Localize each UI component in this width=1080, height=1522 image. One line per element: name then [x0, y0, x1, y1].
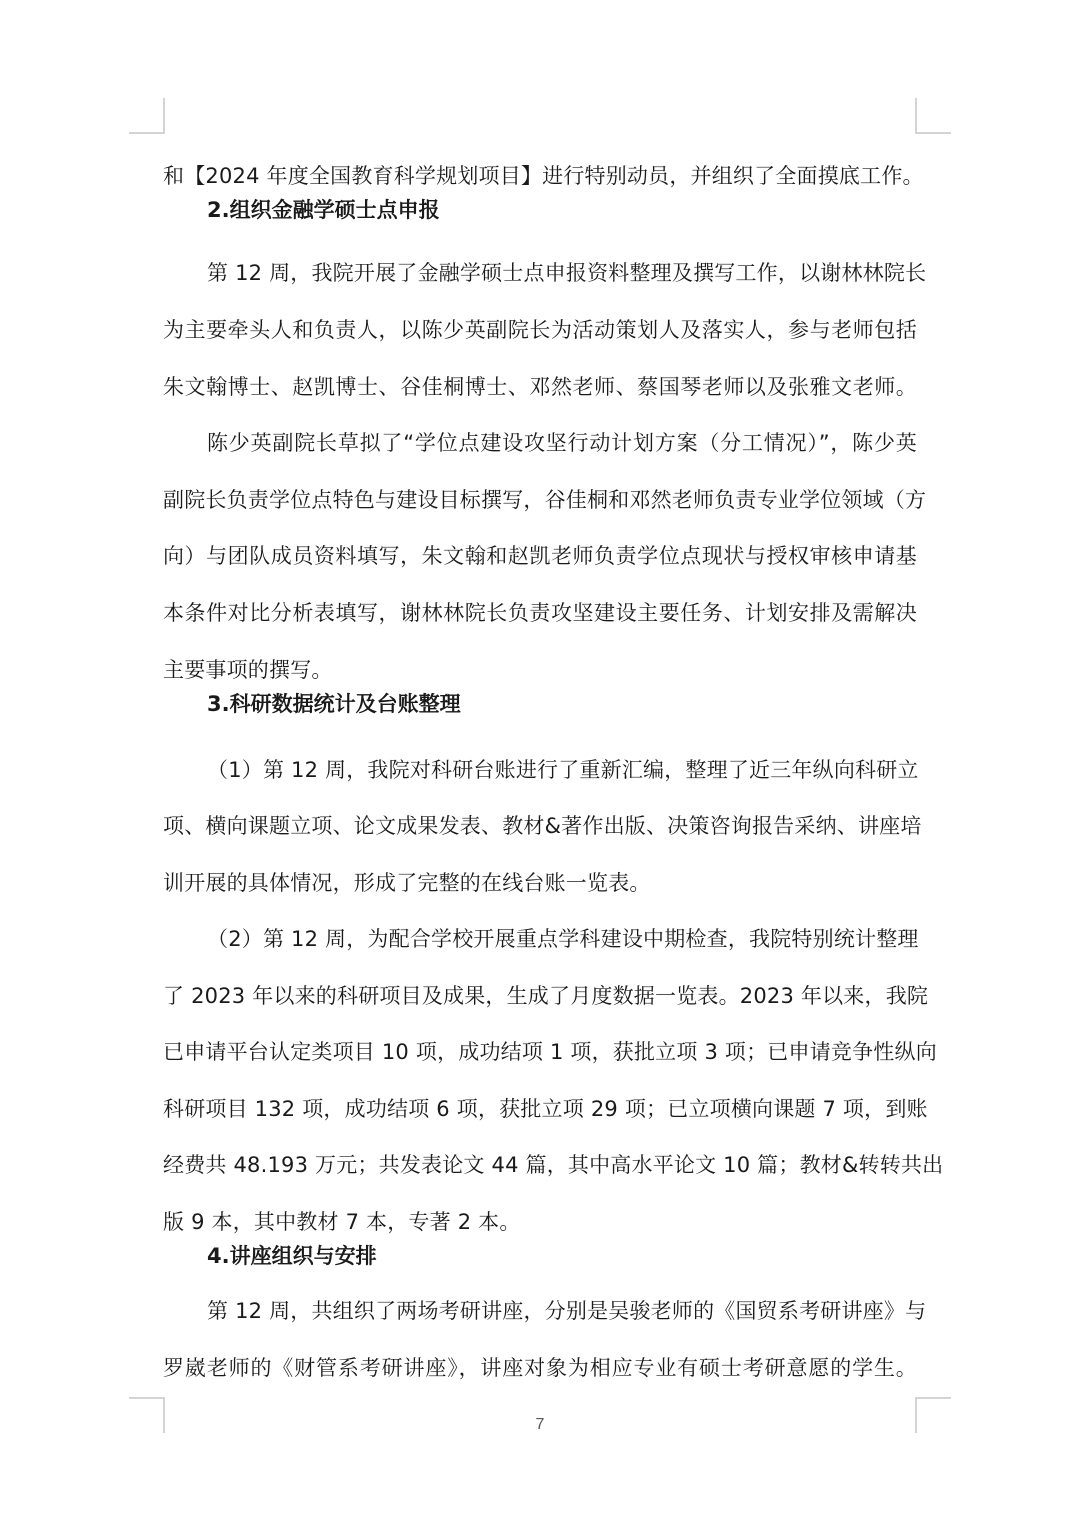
paragraph-line: 陈少英副院长草拟了“学位点建设攻坚行动计划方案（分工情况）”，陈少英 — [207, 428, 917, 458]
paragraph-line: 科研项目 132 项，成功结项 6 项，获批立项 29 项；已立项横向课题 7 … — [163, 1094, 917, 1124]
paragraph-line: 罗崴老师的《财管系考研讲座》，讲座对象为相应专业有硕士考研意愿的学生。 — [163, 1353, 917, 1383]
paragraph-line: 为主要牵头人和负责人，以陈少英副院长为活动策划人及落实人，参与老师包括 — [163, 315, 917, 345]
paragraph-line: 朱文翰博士、赵凯博士、谷佳桐博士、邓然老师、蔡国琴老师以及张雅文老师。 — [163, 372, 917, 402]
section-heading-4: 4.讲座组织与安排 — [207, 1241, 377, 1271]
paragraph-line: 了 2023 年以来的科研项目及成果，生成了月度数据一览表。2023 年以来，我… — [163, 981, 917, 1011]
paragraph-line: 经费共 48.193 万元；共发表论文 44 篇，其中高水平论文 10 篇；教材… — [163, 1150, 917, 1180]
paragraph-line: 主要事项的撰写。 — [163, 655, 917, 685]
paragraph-line: （1）第 12 周，我院对科研台账进行了重新汇编，整理了近三年纵向科研立 — [207, 755, 917, 785]
margin-corner-top-left — [129, 98, 165, 134]
section-heading-3: 3.科研数据统计及台账整理 — [207, 689, 461, 719]
paragraph-line: 向）与团队成员资料填写，朱文翰和赵凯老师负责学位点现状与授权审核申请基 — [163, 541, 917, 571]
page-number: 7 — [0, 1416, 1080, 1434]
paragraph-line: 本条件对比分析表填写，谢林林院长负责攻坚建设主要任务、计划安排及需解决 — [163, 598, 917, 628]
paragraph-line: 第 12 周，共组织了两场考研讲座，分别是吴骏老师的《国贸系考研讲座》与 — [207, 1296, 917, 1326]
paragraph-line: 已申请平台认定类项目 10 项，成功结项 1 项，获批立项 3 项；已申请竞争性… — [163, 1037, 917, 1067]
paragraph-line: 版 9 本，其中教材 7 本，专著 2 本。 — [163, 1207, 917, 1237]
paragraph-line: 项、横向课题立项、论文成果发表、教材&著作出版、决策咨询报告采纳、讲座培 — [163, 811, 917, 841]
paragraph-line: （2）第 12 周，为配合学校开展重点学科建设中期检查，我院特别统计整理 — [207, 924, 917, 954]
margin-corner-top-right — [915, 98, 951, 134]
section-heading-2: 2.组织金融学硕士点申报 — [207, 195, 440, 225]
paragraph-line: 副院长负责学位点特色与建设目标撰写，谷佳桐和邓然老师负责专业学位领域（方 — [163, 485, 917, 515]
paragraph-line: 和【2024 年度全国教育科学规划项目】进行特别动员，并组织了全面摸底工作。 — [163, 161, 917, 191]
paragraph-line: 训开展的具体情况，形成了完整的在线台账一览表。 — [163, 868, 917, 898]
paragraph-line: 第 12 周，我院开展了金融学硕士点申报资料整理及撰写工作，以谢林林院长 — [207, 258, 917, 288]
